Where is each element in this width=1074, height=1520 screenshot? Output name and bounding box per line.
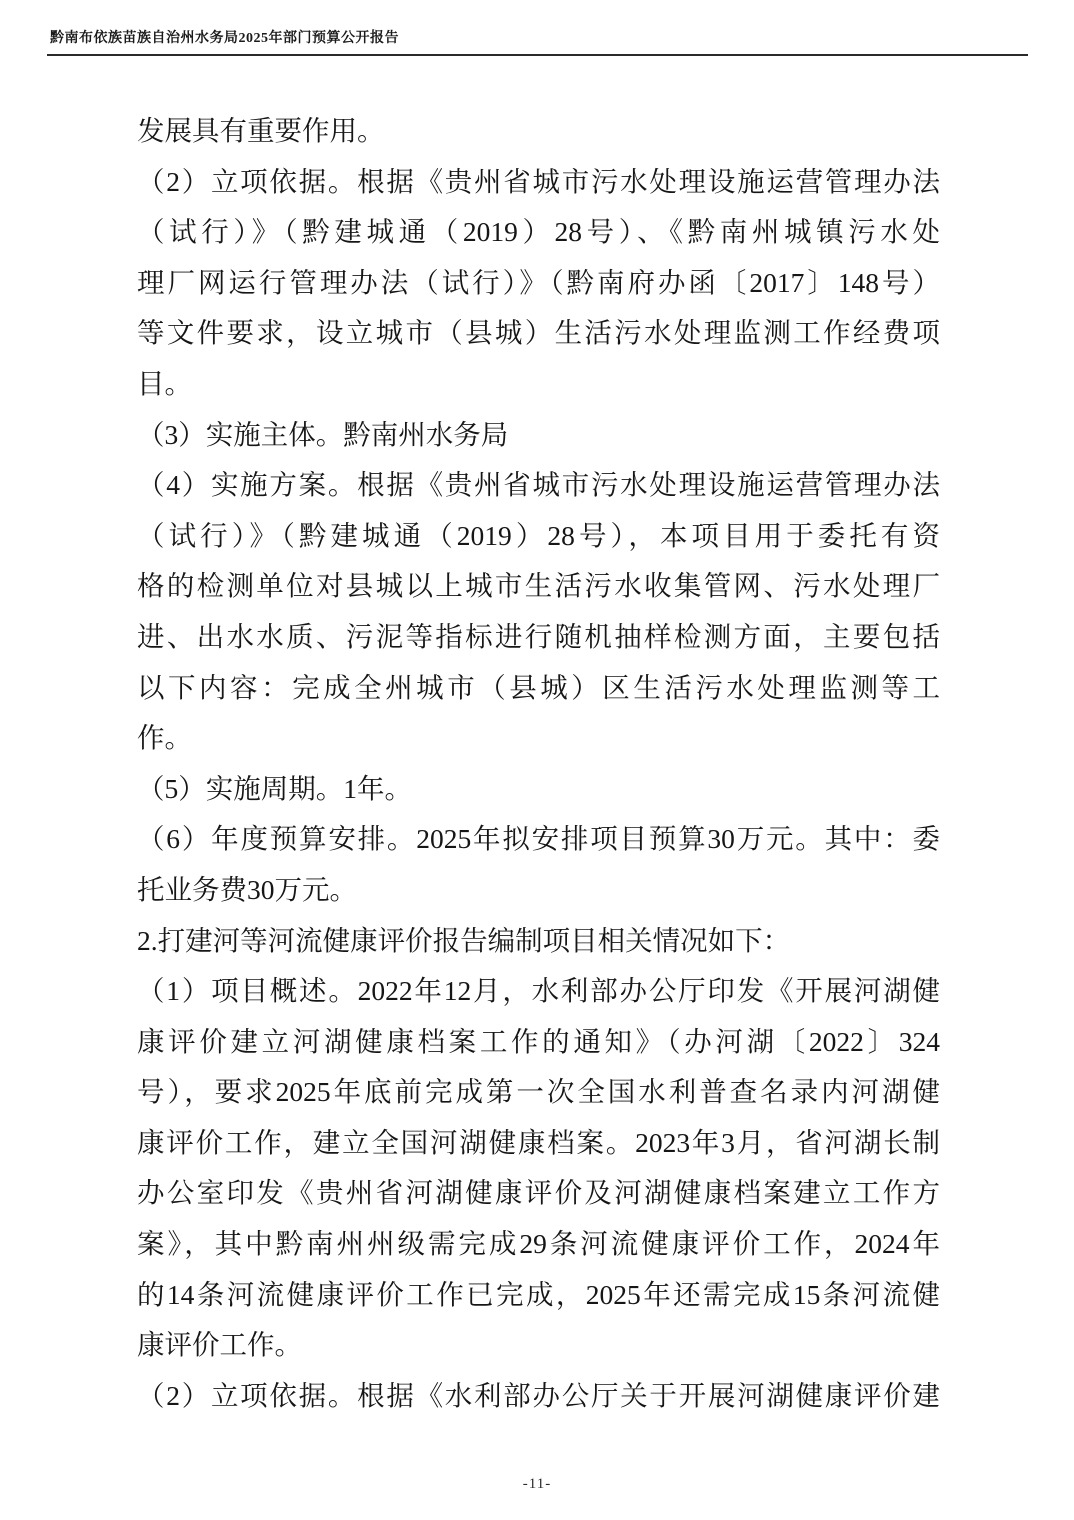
document-page: 黔南布依族苗族自治州水务局2025年部门预算公开报告 发展具有重要作用。（2）立… [0,0,1074,1520]
document-line: 格的检测单位对县城以上城市生活污水收集管网、污水处理厂 [137,561,940,612]
document-line: 案》，其中黔南州州级需完成29条河流健康评价工作，2024年 [137,1219,940,1270]
document-line: 等文件要求，设立城市（县城）生活污水处理监测工作经费项 [137,308,940,359]
document-line: 康评价工作。 [137,1320,940,1371]
header-title: 黔南布依族苗族自治州水务局2025年部门预算公开报告 [50,27,399,47]
document-line: （2）立项依据。根据《水利部办公厅关于开展河湖健康评价建 [137,1371,940,1422]
document-line: （2）立项依据。根据《贵州省城市污水处理设施运营管理办法 [137,157,940,208]
document-line: 以下内容：完成全州城市（县城）区生活污水处理监测等工 [137,663,940,714]
document-line: （5）实施周期。1年。 [137,764,940,815]
document-line: 目。 [137,359,940,410]
document-line: 作。 [137,713,940,764]
document-body: 发展具有重要作用。（2）立项依据。根据《贵州省城市污水处理设施运营管理办法（试行… [137,106,940,1421]
document-line: 托业务费30万元。 [137,865,940,916]
document-line: （3）实施主体。黔南州水务局 [137,410,940,461]
document-line: （试行）》（黔建城通（2019）28号），本项目用于委托有资 [137,511,940,562]
document-line: 康评价建立河湖健康档案工作的通知》（办河湖〔2022〕324 [137,1017,940,1068]
document-line: （6）年度预算安排。2025年拟安排项目预算30万元。其中：委 [137,814,940,865]
document-line: 进、出水水质、污泥等指标进行随机抽样检测方面，主要包括 [137,612,940,663]
document-line: 号），要求2025年底前完成第一次全国水利普查名录内河湖健 [137,1067,940,1118]
document-line: 康评价工作，建立全国河湖健康档案。2023年3月，省河湖长制 [137,1118,940,1169]
document-line: （试行）》（黔建城通（2019）28号）、《黔南州城镇污水处 [137,207,940,258]
document-line: 办公室印发《贵州省河湖健康评价及河湖健康档案建立工作方 [137,1168,940,1219]
document-line: 2.打建河等河流健康评价报告编制项目相关情况如下： [137,916,940,967]
document-line: 发展具有重要作用。 [137,106,940,157]
document-line: （1）项目概述。2022年12月，水利部办公厅印发《开展河湖健 [137,966,940,1017]
document-line: （4）实施方案。根据《贵州省城市污水处理设施运营管理办法 [137,460,940,511]
document-line: 理厂网运行管理办法（试行）》（黔南府办函〔2017〕148号） [137,258,940,309]
document-line: 的14条河流健康评价工作已完成，2025年还需完成15条河流健 [137,1270,940,1321]
page-number: -11- [523,1476,551,1492]
page-footer: -11- [0,1475,1074,1493]
header-rule [47,54,1028,56]
